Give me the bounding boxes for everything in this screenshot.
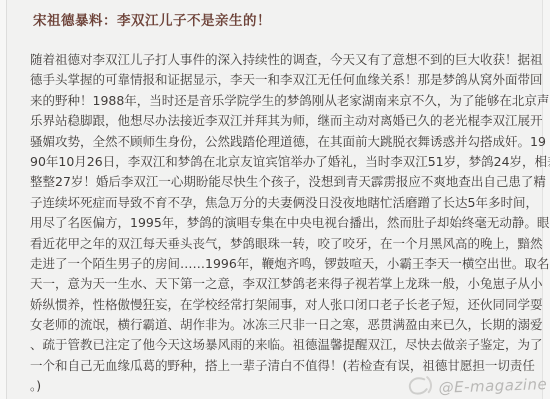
body-line: 娇纵惯养，性格傲慢狂妄，在学校经常打架闹事，对人张口闭口老子长老子短，还伙同同学… — [30, 295, 524, 315]
body-line: 走进了一个陌生男子的房间……1996年，鞭炮齐鸣，锣鼓喧天，小霸王李天一横空出世… — [30, 254, 524, 274]
watermark-text: @E-magazine — [439, 375, 548, 397]
body-line: 子连续坏死症而导致不育不孕，焦急万分的夫妻俩没日没夜地瞎忙活磨蹭了长达5年多时间… — [30, 193, 524, 213]
watermark: @E-magazine — [404, 370, 548, 399]
page-right-border — [542, 0, 550, 399]
body-line: 天一，意为天一生水、天下第一之意，李双江梦鸽老来得子视若掌上龙珠一般，小兔崽子从… — [30, 274, 524, 294]
page-left-border — [0, 0, 7, 399]
e-magazine-swirl-icon — [404, 374, 435, 399]
body-line: 看近花甲之年的双江每天垂头丧气，梦鸽眼珠一转，咬了咬牙，在一个月黑风高的晚上，黯… — [30, 234, 524, 254]
article-screenshot: 宋祖德暴料：李双江儿子不是亲生的！ 随着祖德对李双江儿子打人事件的深入持续性的调… — [0, 0, 550, 399]
body-line: 骚媚攻势，全然不顾师生身份，公然践踏伦理道德，在其面前大跳脱衣舞诱惑并勾搭成奸。… — [30, 132, 524, 152]
body-line: 整整27岁！婚后李双江一心期盼能尽快生个孩子，没想到青天霹雳报应不爽地查出自己患… — [30, 172, 524, 192]
body-line: 、疏于管教已注定了他今天这场暴风雨的来临。祖德温馨提醒双江，尽快去做亲子鉴定，为… — [30, 335, 524, 355]
body-line: 用尽了名医偏方，1995年，梦鸽的演唱专集在中央电视台播出，然而肚子却始终毫无动… — [30, 213, 524, 233]
body-line: 德手头掌握的可靠情报和证据显示，李天一和李双江无任何血缘关系！那是梦鸽从窝外面带… — [30, 70, 524, 90]
body-line: 来的野种！1988年，当时还是音乐学院学生的梦鸽刚从老家湖南来京不久，为了能够在… — [30, 91, 524, 111]
body-line: 女老师的流氓，横行霸道、胡作非为。冰冻三尺非一日之寒，恶贯满盈由来已久，长期的溺… — [30, 315, 524, 335]
body-line: 90年10月26日，李双江和梦鸽在北京友谊宾馆举办了婚礼，当时李双江51岁，梦鸽… — [30, 152, 524, 172]
article-title: 宋祖德暴料：李双江儿子不是亲生的！ — [33, 9, 533, 29]
article-body: 随着祖德对李双江儿子打人事件的深入持续性的调查，今天又有了意想不到的巨大收获！据… — [30, 50, 524, 397]
body-line: 乐界站稳脚跟，他想尽办法接近李双江并拜其为师，继而主动对离婚已久的老光棍李双江展… — [30, 111, 524, 131]
body-line: 随着祖德对李双江儿子打人事件的深入持续性的调查，今天又有了意想不到的巨大收获！据… — [30, 50, 524, 70]
